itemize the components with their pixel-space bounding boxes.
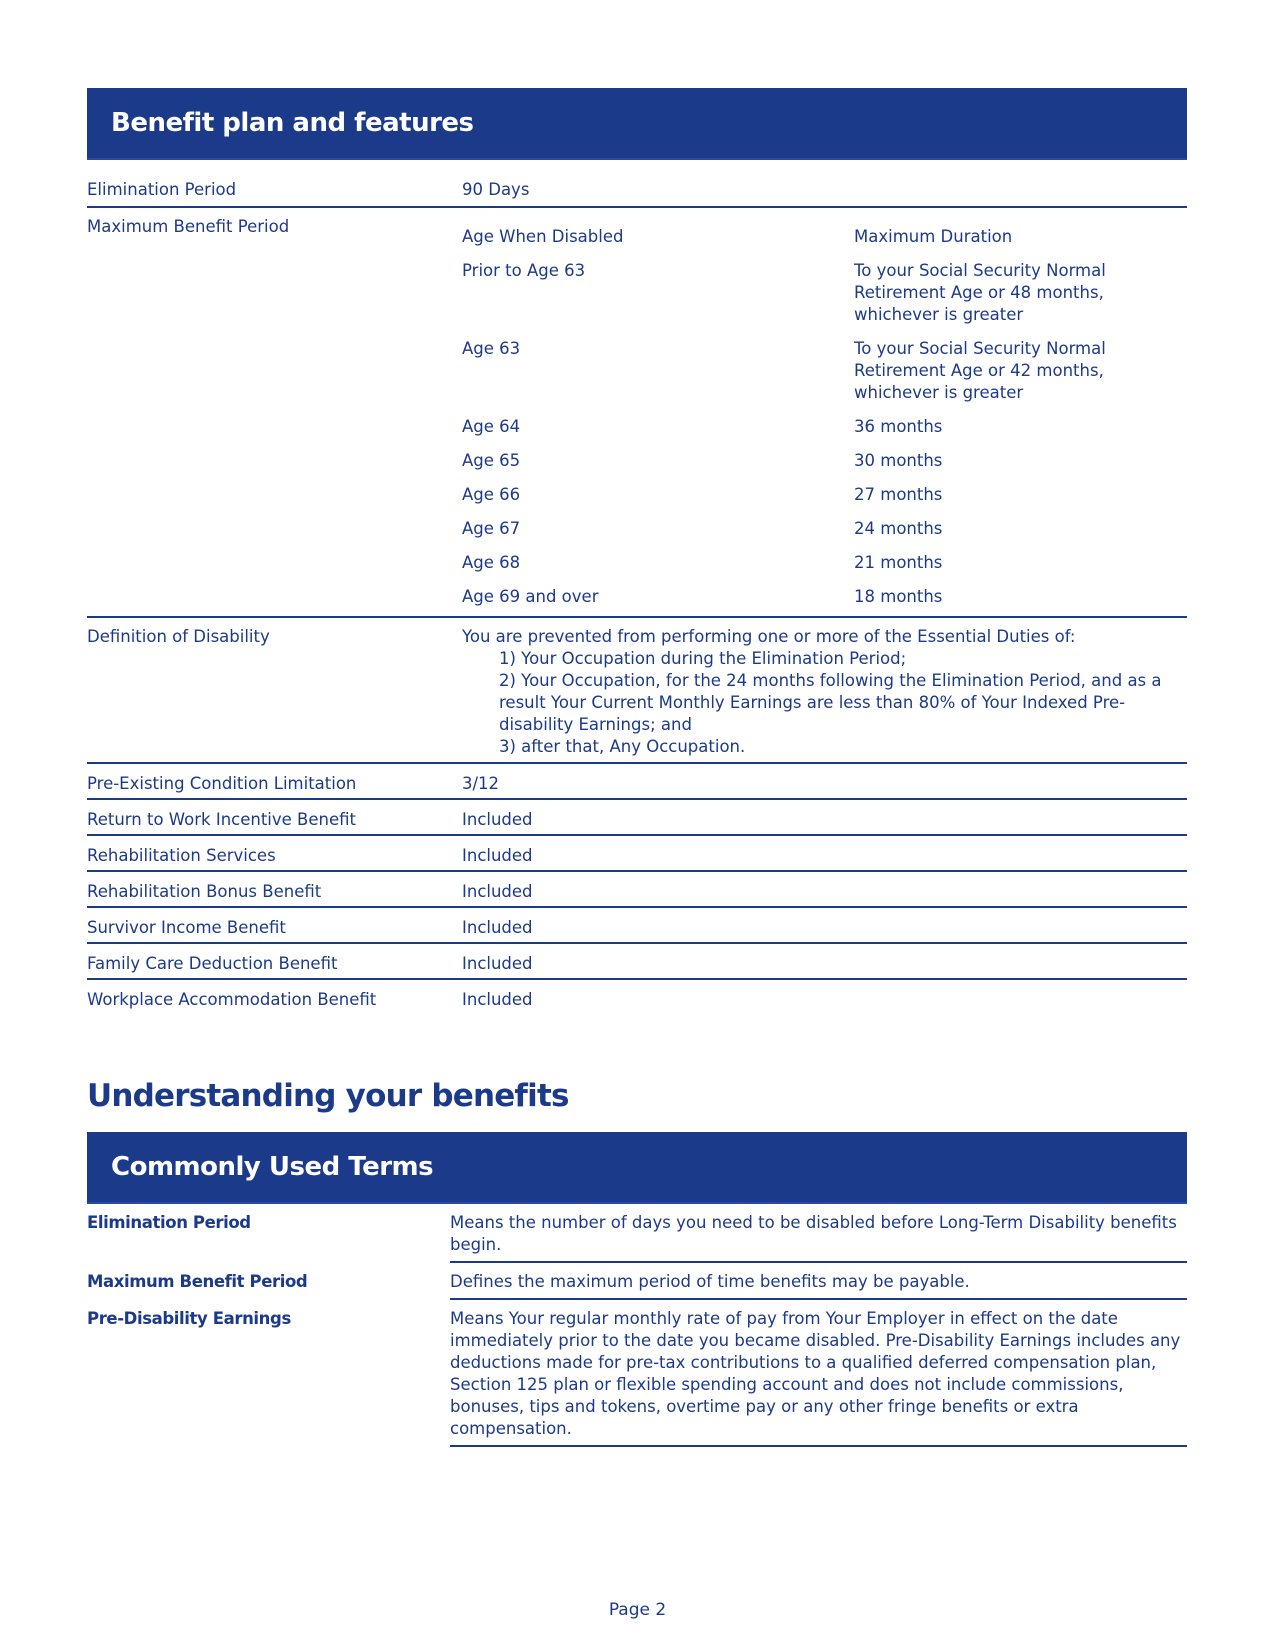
duration-cell: 27 months: [854, 484, 1174, 506]
row-value: 3/12: [462, 773, 1187, 795]
row-label: Maximum Benefit Period: [87, 216, 462, 608]
term-row: Elimination PeriodMeans the number of da…: [87, 1204, 1187, 1263]
benefit-plan-title: Benefit plan and features: [111, 108, 474, 138]
terms-title: Commonly Used Terms: [111, 1152, 433, 1182]
duration-cell: To your Social Security Normal Retiremen…: [854, 260, 1174, 326]
age-cell: Age 67: [462, 518, 854, 540]
table-row: Survivor Income BenefitIncluded: [87, 908, 1187, 944]
definition-item: 3) after that, Any Occupation.: [499, 736, 1187, 758]
table-row: Workplace Accommodation BenefitIncluded: [87, 980, 1187, 1014]
row-label: Rehabilitation Services: [87, 845, 462, 867]
definition-intro: You are prevented from performing one or…: [462, 626, 1187, 648]
row-value: Included: [462, 989, 1187, 1011]
benefit-plan-banner: Benefit plan and features: [87, 88, 1187, 160]
term-label: Pre-Disability Earnings: [87, 1300, 450, 1447]
document-page: Benefit plan and features Elimination Pe…: [87, 88, 1187, 1447]
row-label: Survivor Income Benefit: [87, 917, 462, 939]
benefit-plan-table: Elimination Period 90 Days Maximum Benef…: [87, 160, 1187, 1014]
term-label: Elimination Period: [87, 1204, 450, 1263]
row-value: Included: [462, 881, 1187, 903]
row-label: Pre-Existing Condition Limitation: [87, 773, 462, 795]
age-cell: Age 64: [462, 416, 854, 438]
features-list: Pre-Existing Condition Limitation3/12Ret…: [87, 764, 1187, 1014]
max-benefit-grid: Age When Disabled Maximum Duration Prior…: [462, 222, 1187, 608]
col-header-age: Age When Disabled: [462, 226, 854, 248]
term-definition: Means the number of days you need to be …: [450, 1204, 1187, 1263]
row-label: Workplace Accommodation Benefit: [87, 989, 462, 1011]
term-definition: Defines the maximum period of time benef…: [450, 1263, 1187, 1300]
age-cell: Prior to Age 63: [462, 260, 854, 326]
duration-cell: 30 months: [854, 450, 1174, 472]
definition-value: You are prevented from performing one or…: [462, 626, 1187, 758]
age-cell: Age 65: [462, 450, 854, 472]
term-label: Maximum Benefit Period: [87, 1263, 450, 1300]
table-row-definition-of-disability: Definition of Disability You are prevent…: [87, 618, 1187, 764]
table-row: Rehabilitation ServicesIncluded: [87, 836, 1187, 872]
table-row: Return to Work Incentive BenefitIncluded: [87, 800, 1187, 836]
age-cell: Age 69 and over: [462, 586, 854, 608]
duration-cell: 36 months: [854, 416, 1174, 438]
max-benefit-grid-wrap: Age When Disabled Maximum Duration Prior…: [462, 216, 1187, 608]
age-cell: Age 68: [462, 552, 854, 574]
duration-cell: 21 months: [854, 552, 1174, 574]
row-label: Return to Work Incentive Benefit: [87, 809, 462, 831]
row-label: Elimination Period: [87, 179, 462, 201]
duration-cell: To your Social Security Normal Retiremen…: [854, 338, 1174, 404]
row-label: Rehabilitation Bonus Benefit: [87, 881, 462, 903]
row-value: Included: [462, 917, 1187, 939]
row-label: Family Care Deduction Benefit: [87, 953, 462, 975]
age-cell: Age 66: [462, 484, 854, 506]
row-value: Included: [462, 845, 1187, 867]
understanding-title: Understanding your benefits: [87, 1078, 1187, 1114]
term-row: Pre-Disability EarningsMeans Your regula…: [87, 1300, 1187, 1447]
row-value: Included: [462, 953, 1187, 975]
row-value: Included: [462, 809, 1187, 831]
duration-cell: 18 months: [854, 586, 1174, 608]
table-row-maximum-benefit-period: Maximum Benefit Period Age When Disabled…: [87, 208, 1187, 618]
table-row: Pre-Existing Condition Limitation3/12: [87, 764, 1187, 800]
row-label: Definition of Disability: [87, 626, 462, 758]
table-row: Rehabilitation Bonus BenefitIncluded: [87, 872, 1187, 908]
col-header-duration: Maximum Duration: [854, 226, 1187, 248]
table-row-elimination-period: Elimination Period 90 Days: [87, 160, 1187, 208]
term-row: Maximum Benefit PeriodDefines the maximu…: [87, 1263, 1187, 1300]
page-number: Page 2: [0, 1600, 1275, 1620]
table-row: Family Care Deduction BenefitIncluded: [87, 944, 1187, 980]
terms-table: Elimination PeriodMeans the number of da…: [87, 1204, 1187, 1447]
terms-banner: Commonly Used Terms: [87, 1132, 1187, 1204]
definition-item: 1) Your Occupation during the Eliminatio…: [499, 648, 1187, 670]
age-cell: Age 63: [462, 338, 854, 404]
row-value: 90 Days: [462, 179, 1187, 201]
term-definition: Means Your regular monthly rate of pay f…: [450, 1300, 1187, 1447]
definition-item: 2) Your Occupation, for the 24 months fo…: [499, 670, 1187, 736]
duration-cell: 24 months: [854, 518, 1174, 540]
definition-list: 1) Your Occupation during the Eliminatio…: [462, 648, 1187, 758]
